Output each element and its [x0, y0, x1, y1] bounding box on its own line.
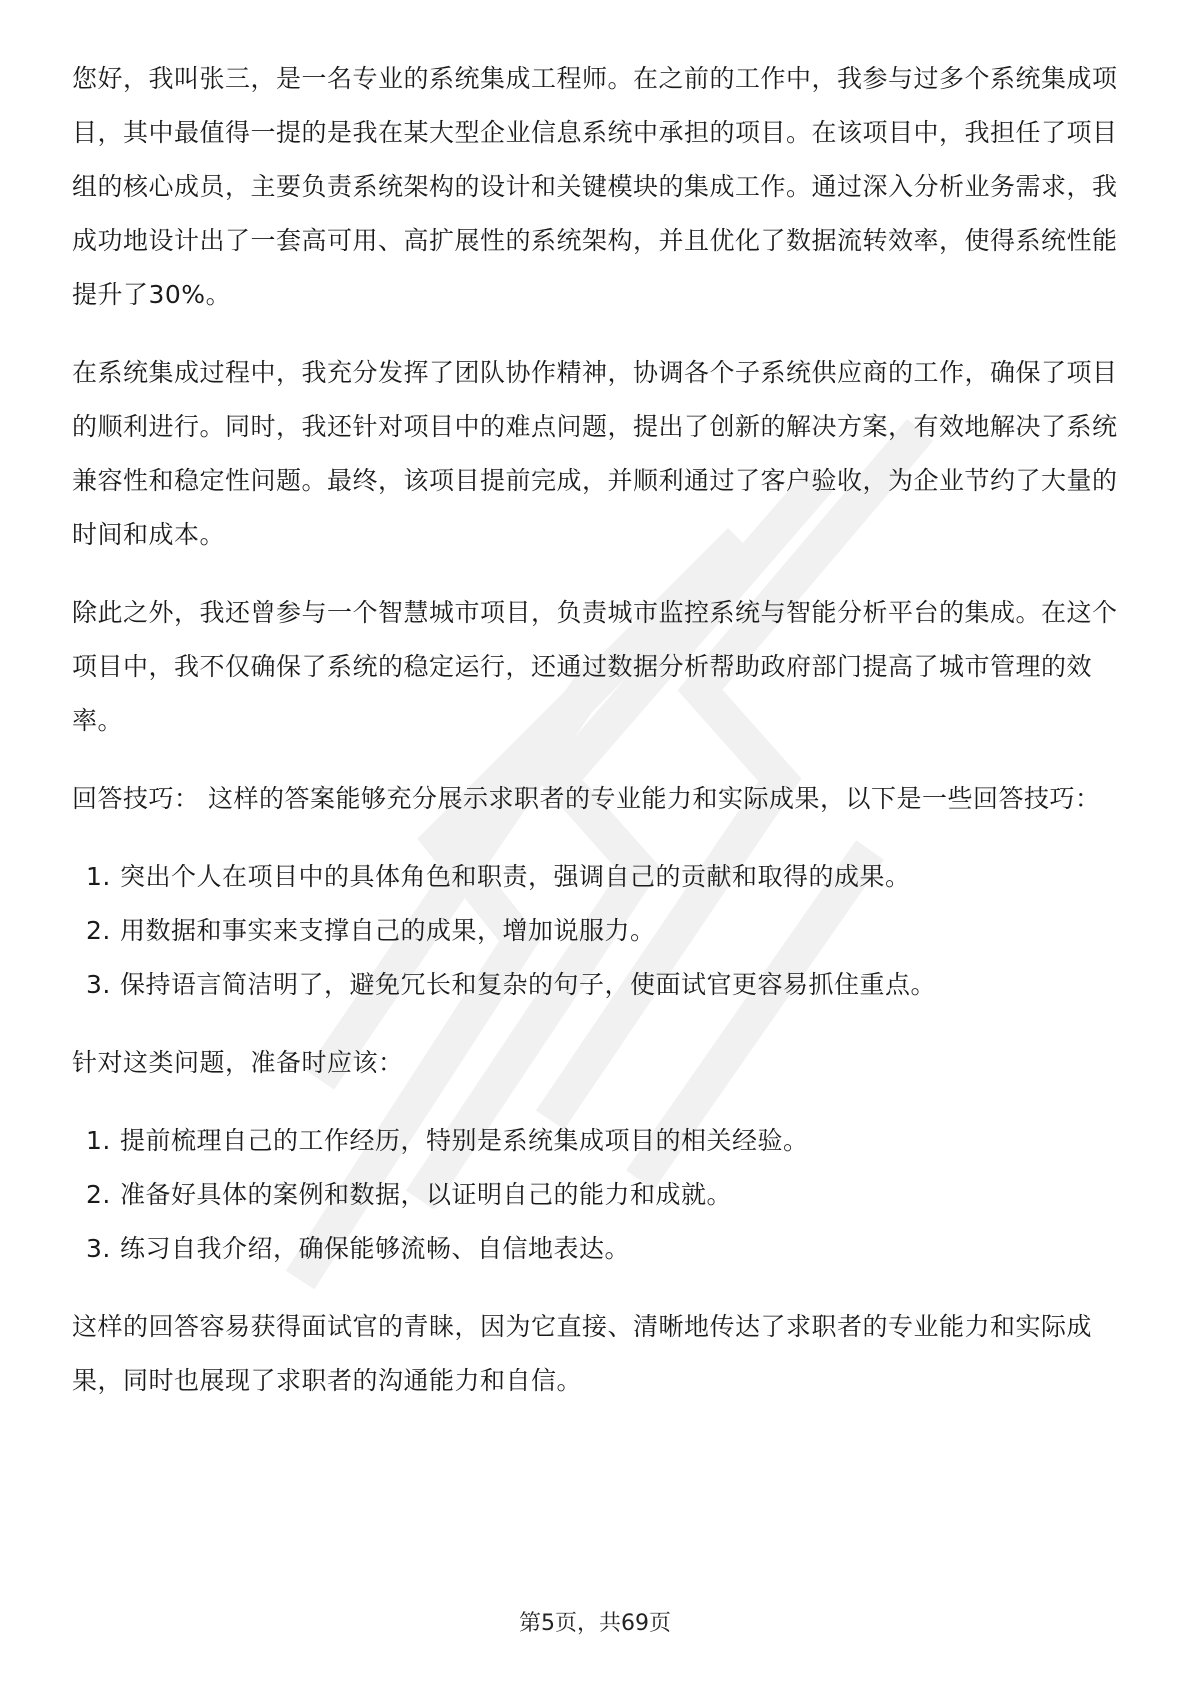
document-page: 您好，我叫张三，是一名专业的系统集成工程师。在之前的工作中，我参与过多个系统集成… [72, 52, 1122, 1432]
list-item: 1.提前梳理自己的工作经历，特别是系统集成项目的相关经验。 [72, 1114, 1122, 1168]
paragraph-prep-intro: 针对这类问题，准备时应该： [72, 1036, 1122, 1090]
list-item: 3.保持语言简洁明了，避免冗长和复杂的句子，使面试官更容易抓住重点。 [72, 958, 1122, 1012]
paragraph-conclusion: 这样的回答容易获得面试官的青睐，因为它直接、清晰地传达了求职者的专业能力和实际成… [72, 1300, 1122, 1408]
paragraph-intro: 您好，我叫张三，是一名专业的系统集成工程师。在之前的工作中，我参与过多个系统集成… [72, 52, 1122, 322]
paragraph-teamwork: 在系统集成过程中，我充分发挥了团队协作精神，协调各个子系统供应商的工作，确保了项… [72, 346, 1122, 562]
list-item: 3.练习自我介绍，确保能够流畅、自信地表达。 [72, 1222, 1122, 1276]
paragraph-tips-intro: 回答技巧： 这样的答案能够充分展示求职者的专业能力和实际成果，以下是一些回答技巧… [72, 772, 1122, 826]
list-item: 2.准备好具体的案例和数据，以证明自己的能力和成就。 [72, 1168, 1122, 1222]
list-item: 1.突出个人在项目中的具体角色和职责，强调自己的贡献和取得的成果。 [72, 850, 1122, 904]
paragraph-smart-city: 除此之外，我还曾参与一个智慧城市项目，负责城市监控系统与智能分析平台的集成。在这… [72, 586, 1122, 748]
page-number: 第5页，共69页 [0, 1606, 1190, 1637]
list-item: 2.用数据和事实来支撑自己的成果，增加说服力。 [72, 904, 1122, 958]
prep-list: 1.提前梳理自己的工作经历，特别是系统集成项目的相关经验。 2.准备好具体的案例… [72, 1114, 1122, 1276]
tips-list: 1.突出个人在项目中的具体角色和职责，强调自己的贡献和取得的成果。 2.用数据和… [72, 850, 1122, 1012]
